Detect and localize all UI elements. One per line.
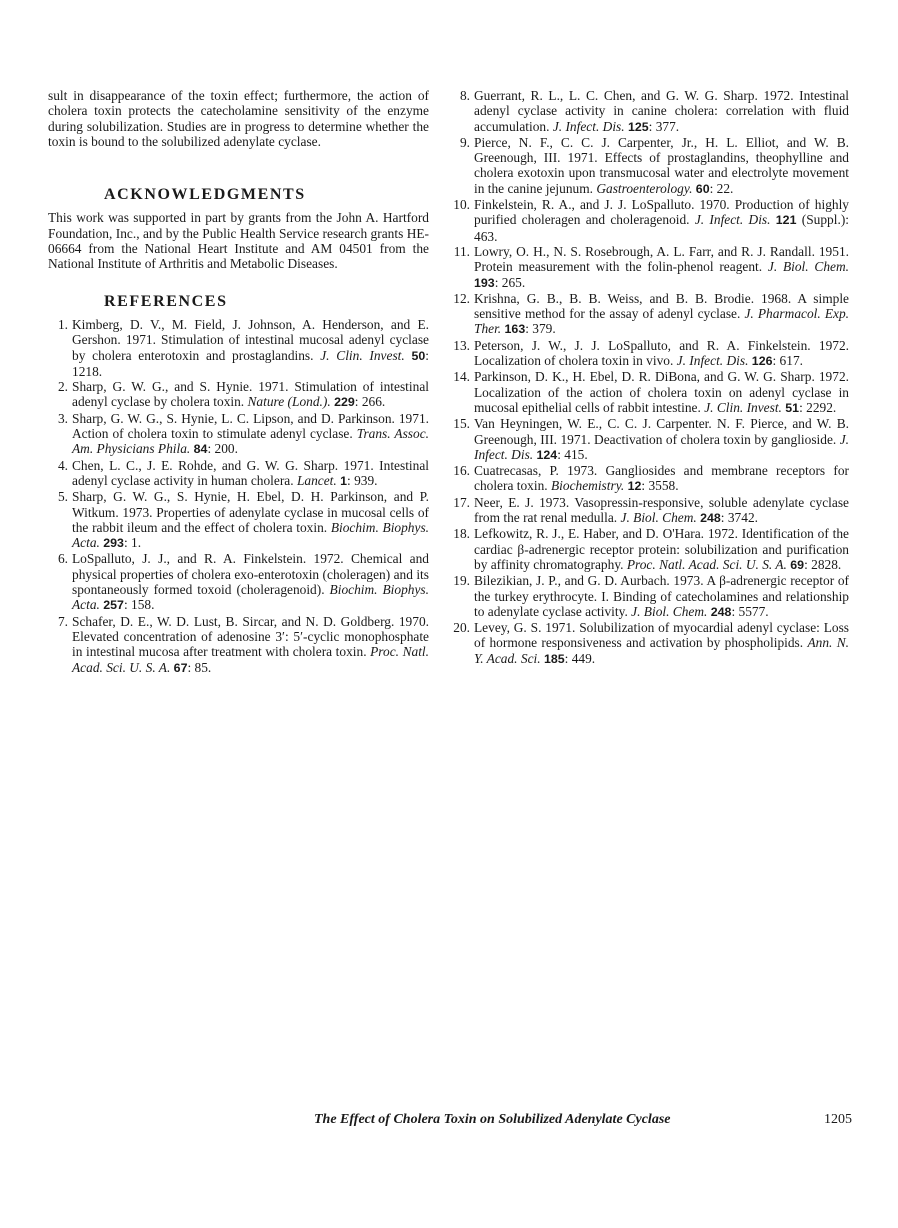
reference-text: Van Heyningen, W. E., C. C. J. Carpenter… (474, 416, 849, 446)
reference-journal: Lancet. (297, 473, 337, 488)
reference-pages: : 5577. (731, 604, 768, 619)
reference-number: 2. (48, 379, 72, 411)
reference-item: 8.Guerrant, R. L., L. C. Chen, and G. W.… (456, 88, 849, 135)
reference-journal: Gastroenterology. (596, 181, 692, 196)
reference-list-right: 8.Guerrant, R. L., L. C. Chen, and G. W.… (456, 88, 849, 667)
reference-pages: : 939. (347, 473, 378, 488)
reference-pages: : 200. (207, 441, 238, 456)
body-paragraph-continuation: sult in disappearance of the toxin effec… (48, 88, 429, 149)
reference-item: 9.Pierce, N. F., C. C. J. Carpenter, Jr.… (456, 135, 849, 197)
reference-list-left: 1.Kimberg, D. V., M. Field, J. Johnson, … (48, 317, 429, 676)
running-title: The Effect of Cholera Toxin on Solubiliz… (314, 1112, 670, 1128)
reference-volume: 51 (785, 401, 799, 415)
reference-number: 6. (48, 551, 72, 613)
reference-volume: 69 (790, 558, 804, 572)
reference-pages: : 2828. (804, 557, 841, 572)
reference-item: 18.Lefkowitz, R. J., E. Haber, and D. O'… (456, 526, 849, 573)
reference-volume: 248 (711, 605, 732, 619)
reference-number: 11. (450, 244, 474, 291)
reference-volume: 84 (194, 442, 208, 456)
reference-number: 13. (450, 338, 474, 370)
reference-pages: : 377. (649, 119, 680, 134)
reference-item: 15.Van Heyningen, W. E., C. C. J. Carpen… (456, 416, 849, 463)
reference-pages: : 379. (525, 321, 556, 336)
reference-pages: : 1. (124, 535, 141, 550)
reference-pages: : 3558. (641, 478, 678, 493)
reference-pages: : 266. (355, 394, 386, 409)
reference-item: 11.Lowry, O. H., N. S. Rosebrough, A. L.… (456, 244, 849, 291)
reference-item: 2.Sharp, G. W. G., and S. Hynie. 1971. S… (48, 379, 429, 411)
reference-item: 16.Cuatrecasas, P. 1973. Gangliosides an… (456, 463, 849, 495)
reference-journal: J. Biol. Chem. (621, 510, 697, 525)
reference-volume: 60 (696, 182, 710, 196)
reference-number: 14. (450, 369, 474, 416)
reference-volume: 185 (544, 652, 565, 666)
reference-journal: Nature (Lond.). (248, 394, 331, 409)
reference-number: 9. (456, 135, 474, 197)
reference-item: 5.Sharp, G. W. G., S. Hynie, H. Ebel, D.… (48, 489, 429, 551)
reference-number: 10. (450, 197, 474, 244)
reference-item: 20.Levey, G. S. 1971. Solubilization of … (456, 620, 849, 667)
reference-journal: Proc. Natl. Acad. Sci. U. S. A. (627, 557, 787, 572)
reference-number: 20. (450, 620, 474, 667)
reference-journal: Biochemistry. (551, 478, 624, 493)
reference-pages: : 449. (565, 651, 596, 666)
acknowledgments-heading: ACKNOWLEDGMENTS (48, 187, 429, 202)
reference-item: 3.Sharp, G. W. G., S. Hynie, L. C. Lipso… (48, 411, 429, 458)
reference-pages: : 3742. (721, 510, 758, 525)
right-column: 8.Guerrant, R. L., L. C. Chen, and G. W.… (456, 88, 849, 667)
reference-number: 7. (48, 614, 72, 676)
reference-journal: J. Clin. Invest. (320, 348, 405, 363)
reference-journal: J. Biol. Chem. (631, 604, 707, 619)
reference-pages: : 22. (710, 181, 734, 196)
reference-item: 4.Chen, L. C., J. E. Rohde, and G. W. G.… (48, 458, 429, 490)
reference-volume: 163 (505, 322, 526, 336)
reference-number: 12. (450, 291, 474, 338)
reference-text: Levey, G. S. 1971. Solubilization of myo… (474, 620, 849, 650)
reference-pages: : 158. (124, 597, 155, 612)
reference-volume: 193 (474, 276, 495, 290)
reference-volume: 67 (174, 661, 188, 675)
reference-pages: : 415. (557, 447, 588, 462)
reference-volume: 229 (334, 395, 355, 409)
reference-journal: J. Infect. Dis. (553, 119, 625, 134)
reference-number: 17. (450, 495, 474, 527)
acknowledgments-text: This work was supported in part by grant… (48, 210, 429, 271)
reference-volume: 50 (411, 349, 425, 363)
reference-journal: J. Biol. Chem. (768, 259, 849, 274)
reference-number: 8. (456, 88, 474, 135)
reference-pages: : 2292. (799, 400, 836, 415)
reference-journal: J. Clin. Invest. (704, 400, 782, 415)
reference-volume: 121 (776, 213, 797, 227)
reference-volume: 124 (537, 448, 558, 462)
reference-volume: 126 (752, 354, 773, 368)
reference-item: 19.Bilezikian, J. P., and G. D. Aurbach.… (456, 573, 849, 620)
reference-journal: J. Infect. Dis. (695, 212, 771, 227)
reference-item: 14.Parkinson, D. K., H. Ebel, D. R. DiBo… (456, 369, 849, 416)
page-footer: The Effect of Cholera Toxin on Solubiliz… (314, 1112, 852, 1128)
reference-volume: 293 (103, 536, 124, 550)
reference-item: 17.Neer, E. J. 1973. Vasopressin-respons… (456, 495, 849, 527)
reference-item: 1.Kimberg, D. V., M. Field, J. Johnson, … (48, 317, 429, 379)
reference-item: 13.Peterson, J. W., J. J. LoSpalluto, an… (456, 338, 849, 370)
reference-item: 10.Finkelstein, R. A., and J. J. LoSpall… (456, 197, 849, 244)
reference-volume: 1 (340, 474, 347, 488)
reference-number: 1. (48, 317, 72, 379)
reference-number: 15. (450, 416, 474, 463)
reference-journal: J. Infect. Dis. (677, 353, 749, 368)
reference-number: 5. (48, 489, 72, 551)
reference-item: 12.Krishna, G. B., B. B. Weiss, and B. B… (456, 291, 849, 338)
reference-pages: : 617. (772, 353, 803, 368)
reference-number: 18. (450, 526, 474, 573)
left-column: sult in disappearance of the toxin effec… (48, 88, 429, 676)
reference-volume: 125 (628, 120, 649, 134)
reference-pages: : 265. (495, 275, 526, 290)
reference-item: 6.LoSpalluto, J. J., and R. A. Finkelste… (48, 551, 429, 613)
reference-volume: 248 (700, 511, 721, 525)
reference-volume: 12 (628, 479, 642, 493)
reference-pages: : 85. (187, 660, 211, 675)
reference-number: 4. (48, 458, 72, 490)
reference-number: 3. (48, 411, 72, 458)
references-heading: REFERENCES (48, 294, 429, 309)
reference-number: 19. (450, 573, 474, 620)
page-number: 1205 (824, 1112, 852, 1128)
reference-number: 16. (450, 463, 474, 495)
reference-item: 7.Schafer, D. E., W. D. Lust, B. Sircar,… (48, 614, 429, 676)
reference-volume: 257 (103, 598, 124, 612)
